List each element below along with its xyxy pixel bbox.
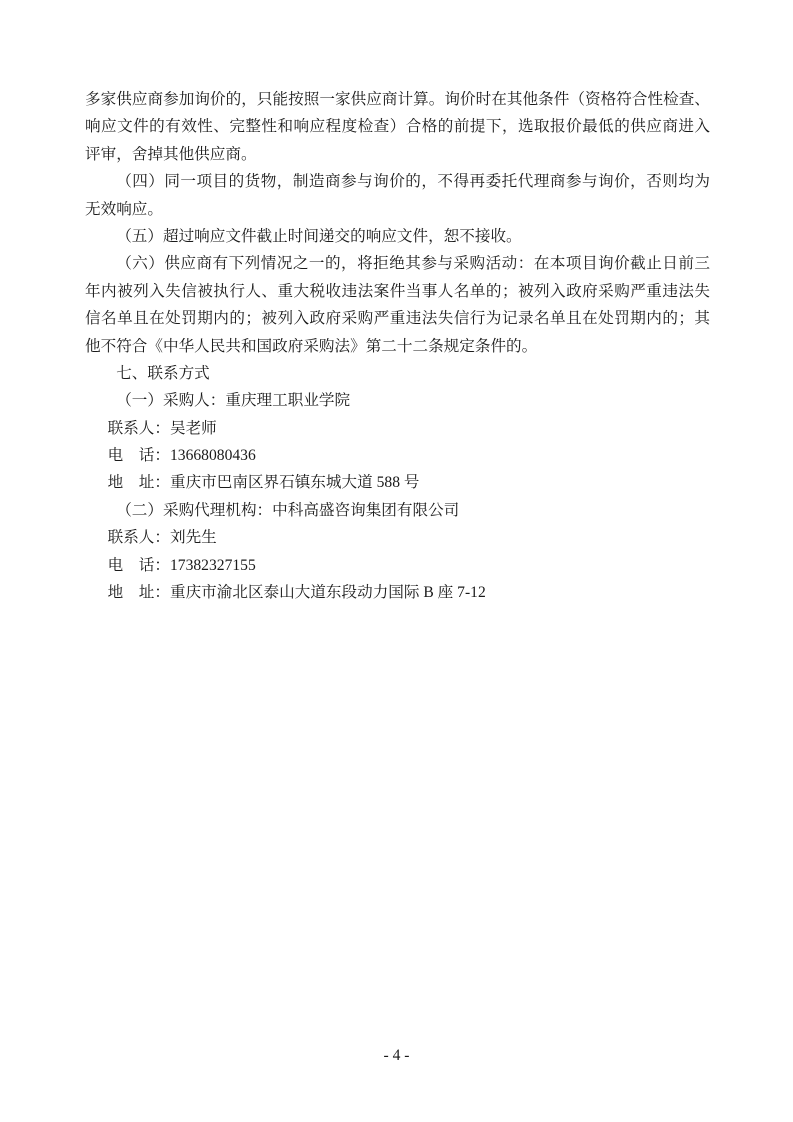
section-heading: 七、联系方式 <box>85 360 710 387</box>
text-line: 多家供应商参加询价的，只能按照一家供应商计算。询价时在其他条件（资格符合性检查、 <box>85 86 710 113</box>
text-line: 无效响应。 <box>85 196 710 223</box>
text-line: 他不符合《中华人民共和国政府采购法》第二十二条规定条件的。 <box>85 333 710 360</box>
text-line: 评审，舍掉其他供应商。 <box>85 141 710 168</box>
text-line: 响应文件的有效性、完整性和响应程度检查）合格的前提下，选取报价最低的供应商进入 <box>85 113 710 140</box>
clause-line: （六）供应商有下列情况之一的，将拒绝其参与采购活动：在本项目询价截止日前三 <box>85 250 710 277</box>
purchaser-line: （一）采购人：重庆理工职业学院 <box>85 387 710 414</box>
document-body: 多家供应商参加询价的，只能按照一家供应商计算。询价时在其他条件（资格符合性检查、… <box>85 86 710 606</box>
page-footer: - 4 - <box>0 1042 793 1069</box>
contact-name-line: 联系人：吴老师 <box>85 415 710 442</box>
contact-address-line: 地 址：重庆市巴南区界石镇东城大道 588 号 <box>85 469 710 496</box>
contact-phone-line: 电 话：17382327155 <box>85 552 710 579</box>
agency-line: （二）采购代理机构：中科高盛咨询集团有限公司 <box>85 497 710 524</box>
page-number: - 4 - <box>384 1047 410 1064</box>
text-line: 年内被列入失信被执行人、重大税收违法案件当事人名单的；被列入政府采购严重违法失 <box>85 278 710 305</box>
clause-line: （五）超过响应文件截止时间递交的响应文件，恕不接收。 <box>85 223 710 250</box>
contact-phone-line: 电 话：13668080436 <box>85 442 710 469</box>
contact-name-line: 联系人：刘先生 <box>85 524 710 551</box>
clause-line: （四）同一项目的货物，制造商参与询价的，不得再委托代理商参与询价，否则均为 <box>85 168 710 195</box>
contact-address-line: 地 址：重庆市渝北区泰山大道东段动力国际 B 座 7-12 <box>85 579 710 606</box>
document-page: 多家供应商参加询价的，只能按照一家供应商计算。询价时在其他条件（资格符合性检查、… <box>0 0 793 1122</box>
text-line: 信名单且在处罚期内的；被列入政府采购严重违法失信行为记录名单且在处罚期内的；其 <box>85 305 710 332</box>
